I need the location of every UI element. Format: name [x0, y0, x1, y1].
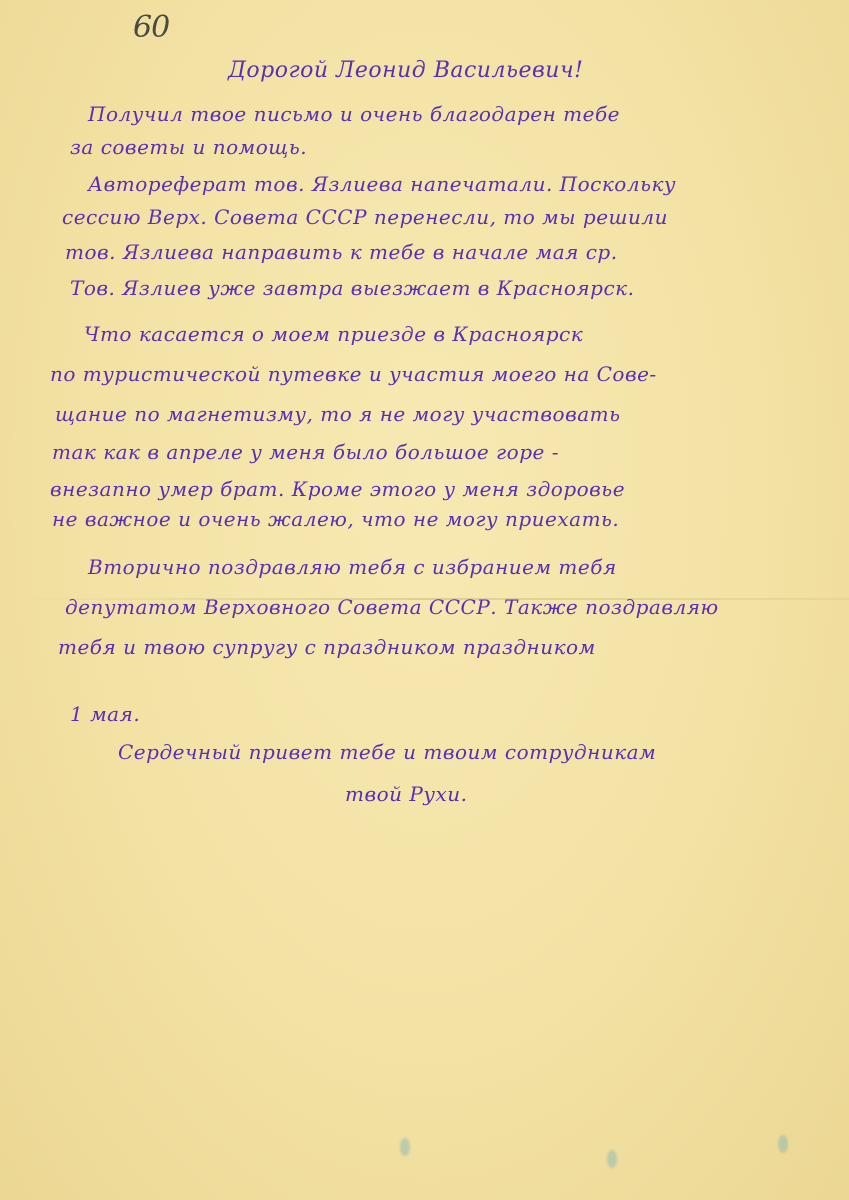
letter-line: сессию Верх. Совета СССР перенесли, то м… — [62, 205, 668, 229]
letter-line: 1 мая. — [70, 702, 140, 726]
letter-salutation: Дорогой Леонид Васильевич! — [228, 58, 583, 83]
letter-line: Вторично поздравляю тебя с избранием теб… — [88, 555, 617, 579]
letter-page: 60 Дорогой Леонид Васильевич! Получил тв… — [0, 0, 849, 1200]
letter-line: Что касается о моем приезде в Красноярск — [84, 322, 583, 346]
letter-line: за советы и помощь. — [70, 135, 307, 159]
letter-line: Получил твое письмо и очень благодарен т… — [88, 102, 620, 126]
letter-line: внезапно умер брат. Кроме этого у меня з… — [50, 477, 625, 501]
letter-line: по туристической путевке и участия моего… — [50, 362, 657, 386]
ink-stain — [778, 1135, 788, 1153]
letter-line: Автореферат тов. Язлиева напечатали. Пос… — [88, 172, 676, 196]
letter-signature: твой Рухи. — [345, 782, 467, 806]
letter-line: тов. Язлиева направить к тебе в начале м… — [65, 240, 618, 264]
ink-stain — [400, 1138, 410, 1156]
letter-line: так как в апреле у меня было большое гор… — [52, 440, 559, 464]
letter-line: тебя и твою супругу с праздником праздни… — [58, 635, 596, 659]
letter-closing: Сердечный привет тебе и твоим сотрудника… — [118, 740, 656, 764]
archive-page-number: 60 — [133, 10, 169, 45]
letter-line: Тов. Язлиев уже завтра выезжает в Красно… — [70, 276, 634, 300]
letter-line: не важное и очень жалею, что не могу при… — [52, 507, 619, 531]
letter-line: щание по магнетизму, то я не могу участв… — [55, 402, 621, 426]
letter-line: депутатом Верховного Совета СССР. Также … — [65, 595, 719, 619]
ink-stain — [607, 1150, 617, 1168]
